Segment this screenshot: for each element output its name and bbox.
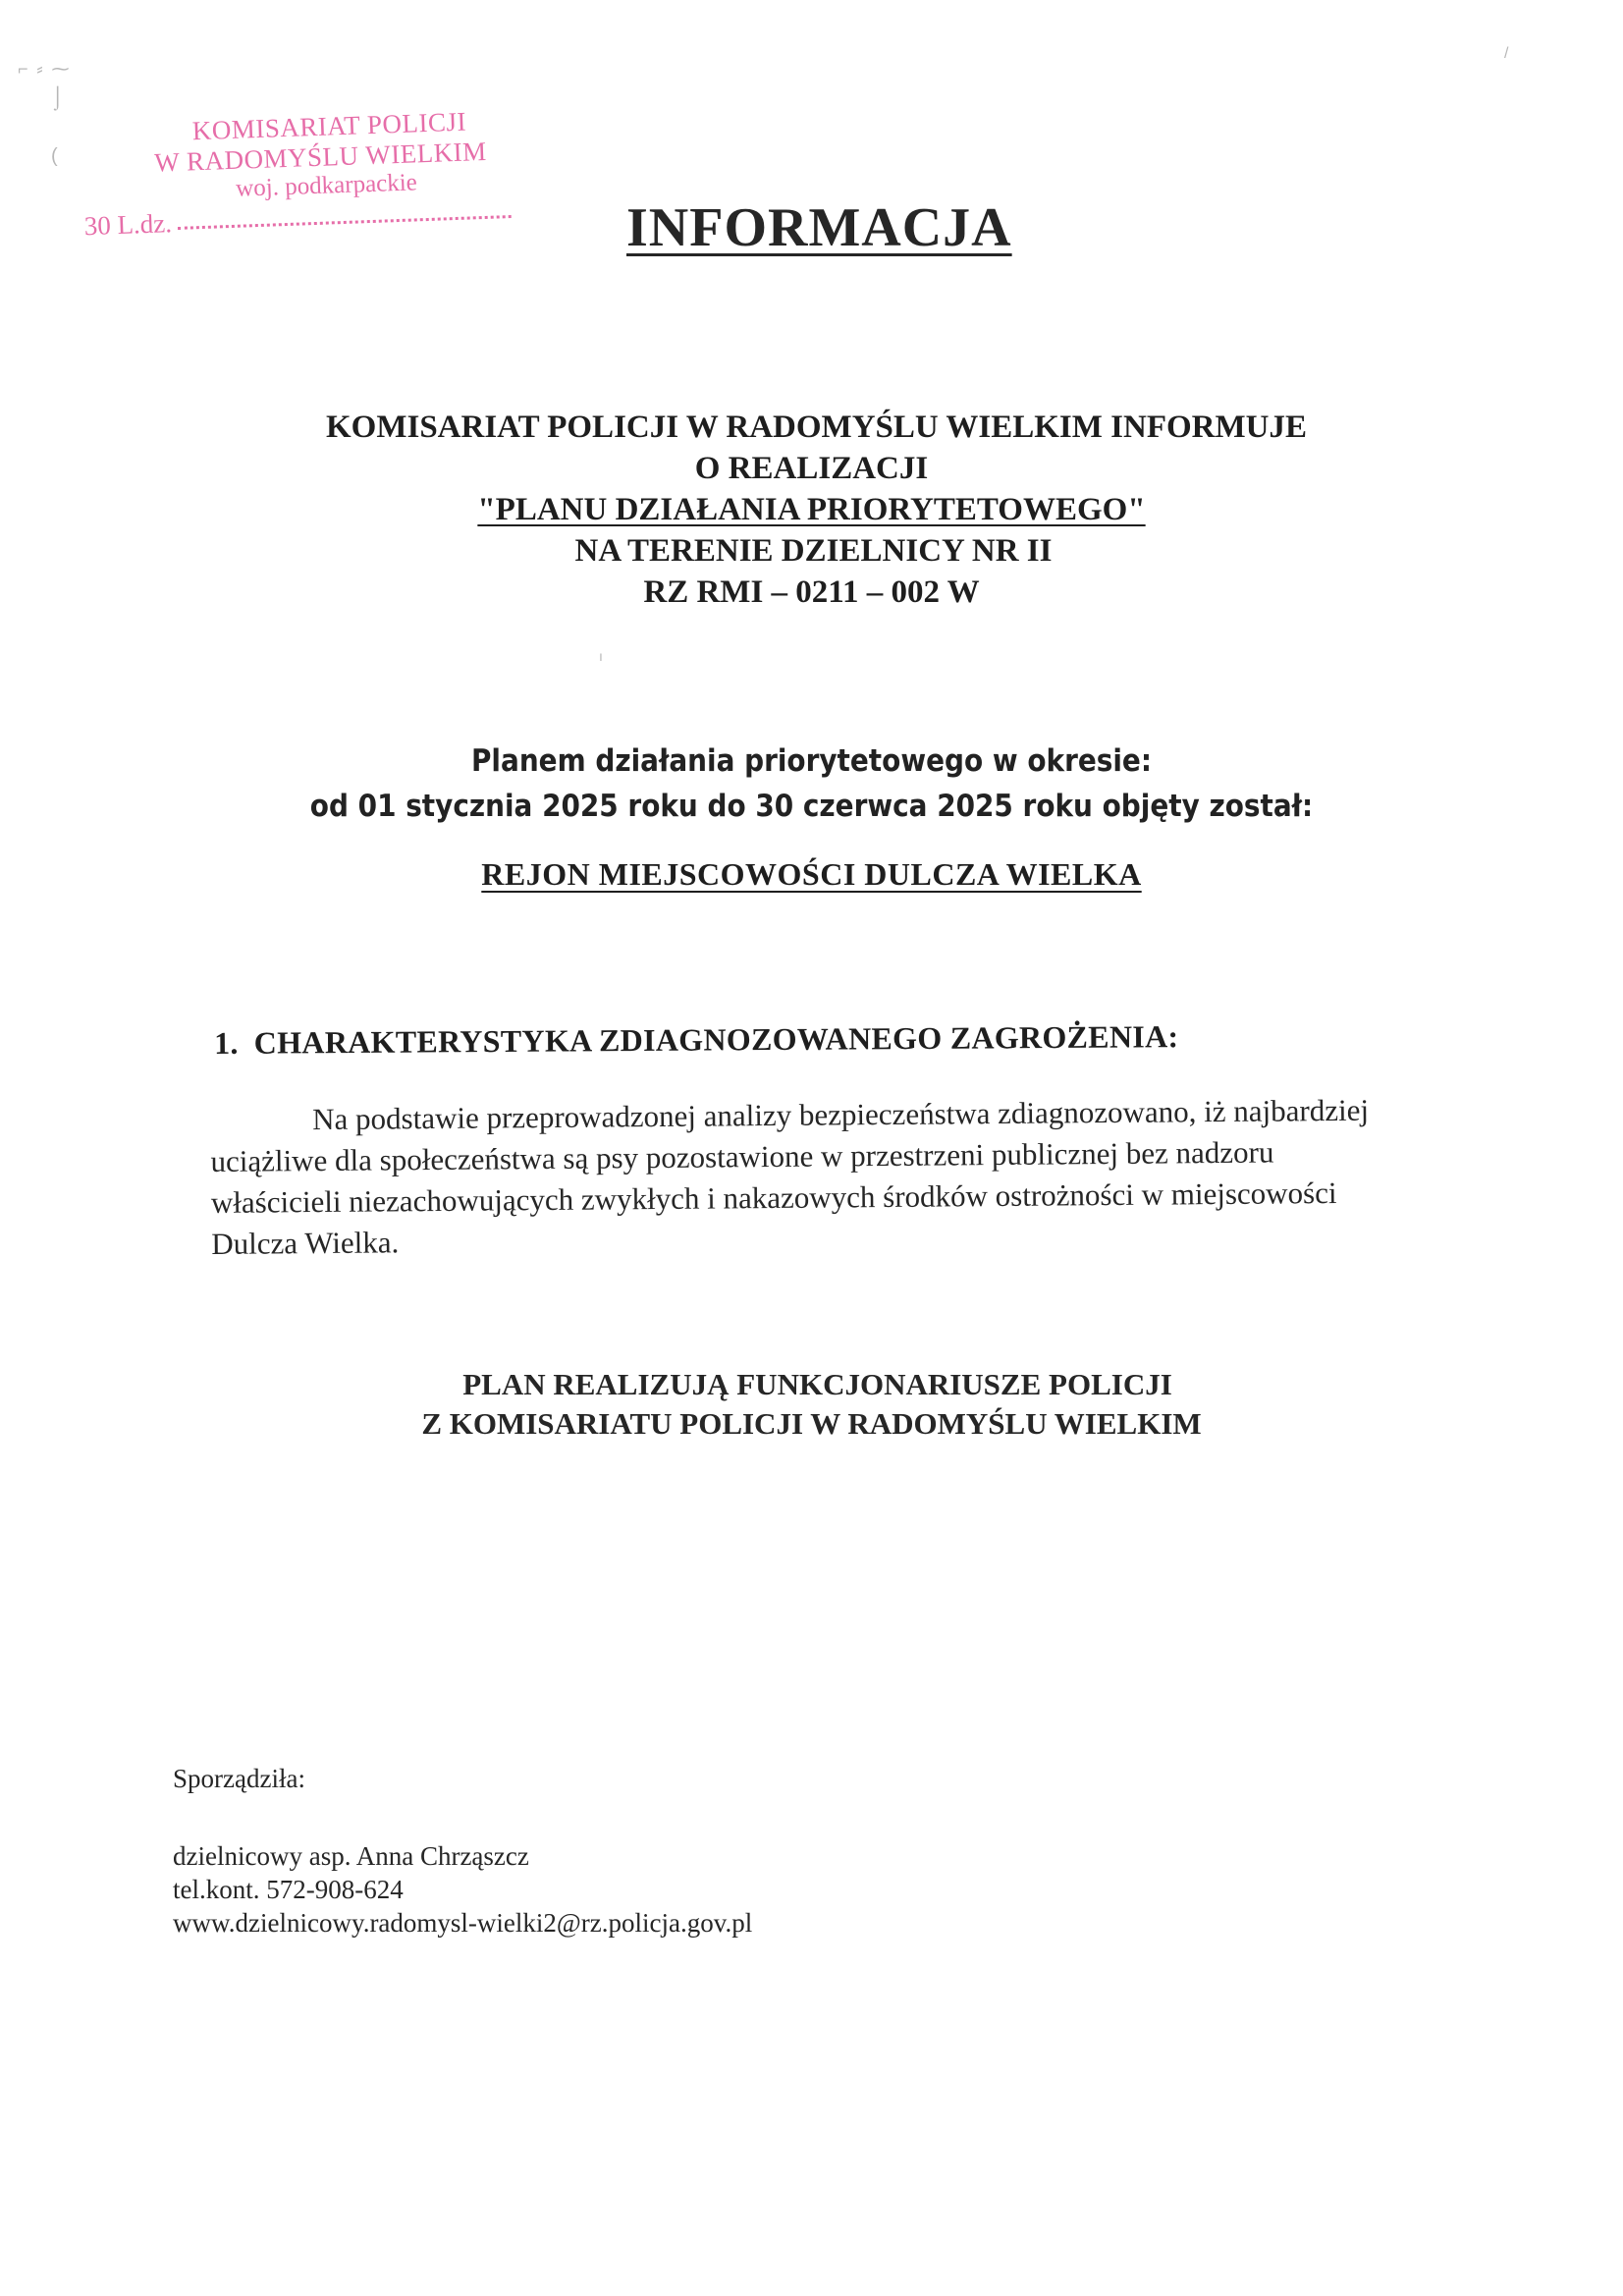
author-phone: tel.kont. 572-908-624 <box>173 1873 752 1906</box>
scan-tick-mark: ı <box>599 648 603 664</box>
threat-description: Na podstawie przeprowadzonej analizy bez… <box>210 1089 1468 1265</box>
period-dates: od 01 stycznia 2025 roku do 30 czerwca 2… <box>81 784 1542 829</box>
section-title: CHARAKTERYSTYKA ZDIAGNOZOWANEGO ZAGROŻEN… <box>254 1018 1179 1061</box>
scan-scribble-mark: ⌐ ⸗ ⁓ <box>18 59 72 80</box>
period-intro: Planem działania priorytetowego w okresi… <box>81 738 1542 784</box>
section-1-heading: 1.CHARAKTERYSTYKA ZDIAGNOZOWANEGO ZAGROŻ… <box>214 1018 1179 1062</box>
office-stamp: KOMISARIAT POLICJI W RADOMYŚLU WIELKIM w… <box>88 104 554 242</box>
stamp-register-prefix: 30 L.dz. <box>83 208 172 241</box>
heading-line: KOMISARIAT POLICJI W RADOMYŚLU WIELKIM I… <box>0 407 1623 448</box>
document-page: ⌐ ⸗ ⁓ ⌡ ( / ı KOMISARIAT POLICJI W RADOM… <box>0 0 1623 2296</box>
author-name: dzielnicowy asp. Anna Chrząszcz <box>173 1839 752 1873</box>
heading-reference-code: RZ RMI – 0211 – 002 W <box>0 572 1623 613</box>
prepared-by-label: Sporządziła: <box>173 1764 752 1794</box>
document-title: INFORMACJA <box>626 196 1012 259</box>
author-email[interactable]: www.dzielnicowy.radomysl-wielki2@rz.poli… <box>173 1906 752 1940</box>
document-heading: KOMISARIAT POLICJI W RADOMYŚLU WIELKIM I… <box>0 407 1623 613</box>
heading-line: NA TERENIE DZIELNICY NR II <box>0 530 1623 572</box>
region-name: REJON MIEJSCOWOŚCI DULCZA WIELKA <box>481 856 1141 892</box>
plan-realizers: PLAN REALIZUJĄ FUNKCJONARIUSZE POLICJI Z… <box>0 1365 1623 1444</box>
scan-scribble-mark: ⌡ <box>51 84 64 110</box>
heading-line: O REALIZACJI <box>0 448 1623 489</box>
scan-scribble-mark: ( <box>51 145 58 168</box>
heading-plan-name: "PLANU DZIAŁANIA PRIORYTETOWEGO" <box>477 492 1145 527</box>
plan-region: REJON MIEJSCOWOŚCI DULCZA WIELKA <box>0 856 1623 893</box>
section-number: 1. <box>214 1025 239 1061</box>
stamp-dotted-line <box>178 215 512 230</box>
realizers-line: Z KOMISARIATU POLICJI W RADOMYŚLU WIELKI… <box>0 1404 1623 1444</box>
signature-block: Sporządziła: dzielnicowy asp. Anna Chrzą… <box>173 1764 752 1940</box>
plan-period: Planem działania priorytetowego w okresi… <box>81 738 1542 829</box>
scan-tick-mark: / <box>1504 45 1508 63</box>
realizers-line: PLAN REALIZUJĄ FUNKCJONARIUSZE POLICJI <box>0 1365 1623 1404</box>
